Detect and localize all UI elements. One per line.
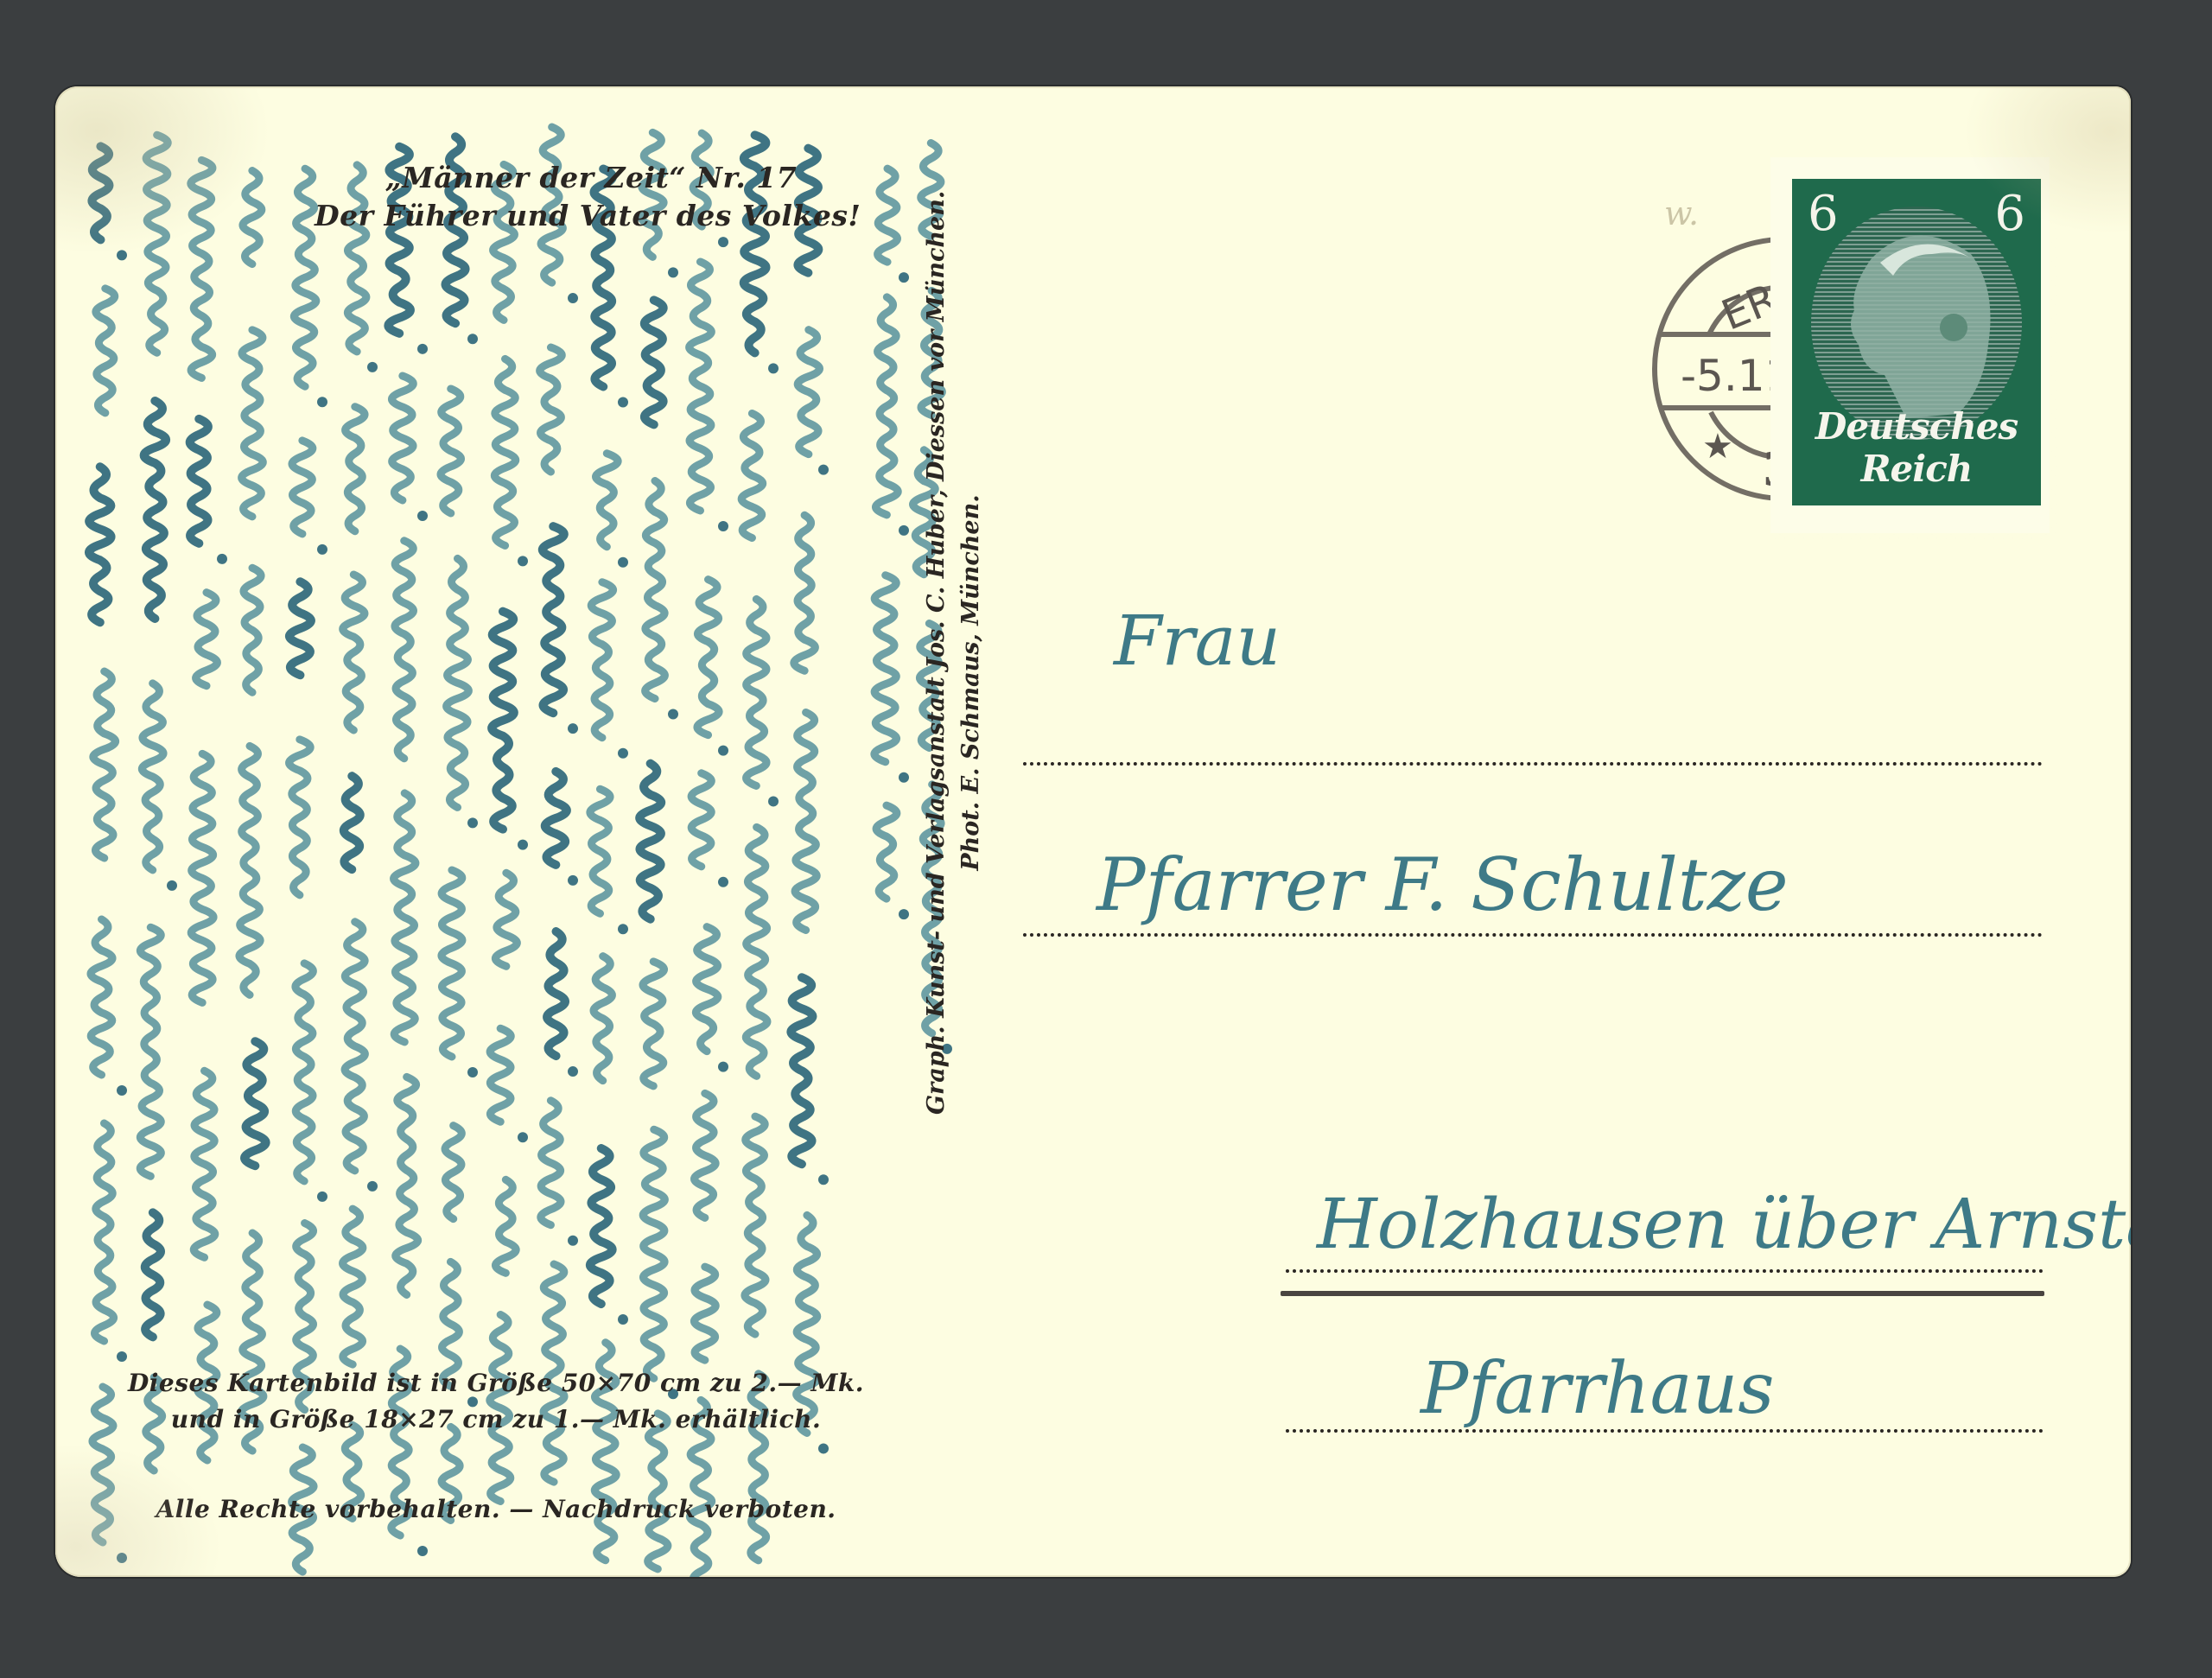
postmark-star: ★: [1702, 427, 1733, 467]
publisher-imprint: Graph. Kunst- und Verlagsanstalt Jos. C.…: [919, 251, 988, 1115]
address-building: Pfarrhaus: [1421, 1348, 1774, 1430]
availability-line-2: und in Größe 18×27 cm zu 1.— Mk. erhältl…: [107, 1402, 885, 1438]
address-name: Pfarrer F. Schultze: [1096, 842, 1789, 927]
address-town: Holzhausen über Arnstadt: [1317, 1184, 2131, 1264]
stamp-denomination-right: 6: [1994, 186, 2025, 242]
availability-note: Dieses Kartenbild ist in Größe 50×70 cm …: [107, 1365, 885, 1438]
publisher-line-2: Phot. E. Schmaus, München.: [954, 251, 988, 1115]
stamp-denomination-left: 6: [1808, 186, 1839, 242]
availability-line-1: Dieses Kartenbild ist in Größe 50×70 cm …: [107, 1365, 885, 1402]
address-salutation: Frau: [1114, 601, 1281, 681]
postcard: „Männer der Zeit“ Nr. 17 Der Führer und …: [55, 86, 2131, 1577]
stamp-country: Deutsches Reich: [1792, 405, 2041, 490]
publisher-line-1: Graph. Kunst- und Verlagsanstalt Jos. C.…: [919, 251, 954, 1115]
series-subtitle: Der Führer und Vater des Volkes!: [315, 199, 850, 232]
address-line-3: [1286, 1269, 2044, 1273]
address-line-2: [1023, 933, 2043, 937]
rights-notice: Alle Rechte vorbehalten. — Nachdruck ver…: [107, 1495, 885, 1523]
address-line-4: [1286, 1429, 2044, 1433]
postage-stamp: 6 6 Deutsches Reich: [1770, 157, 2050, 533]
series-title: „Männer der Zeit“ Nr. 17: [366, 161, 816, 194]
stamp-face: 6 6 Deutsches Reich: [1792, 179, 2041, 505]
address-underline: [1281, 1291, 2044, 1296]
address-line-1: [1023, 762, 2043, 766]
